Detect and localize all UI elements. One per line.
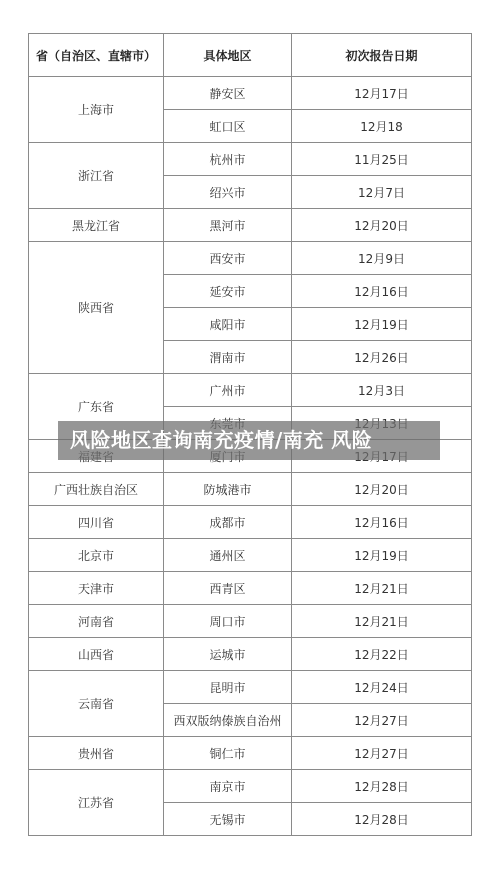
area-cell: 成都市 — [164, 506, 292, 539]
date-cell: 12月28日 — [292, 770, 472, 803]
province-cell: 浙江省 — [29, 143, 164, 209]
area-cell: 广州市 — [164, 374, 292, 407]
area-cell: 绍兴市 — [164, 176, 292, 209]
area-cell: 西安市 — [164, 242, 292, 275]
table-row: 上海市 静安区 12月17日 — [29, 77, 472, 110]
area-cell: 西双版纳傣族自治州 — [164, 704, 292, 737]
date-cell: 12月20日 — [292, 473, 472, 506]
province-cell: 贵州省 — [29, 737, 164, 770]
area-cell: 静安区 — [164, 77, 292, 110]
area-cell: 南京市 — [164, 770, 292, 803]
province-cell: 天津市 — [29, 572, 164, 605]
province-cell: 北京市 — [29, 539, 164, 572]
table-row: 北京市 通州区 12月19日 — [29, 539, 472, 572]
province-cell: 云南省 — [29, 671, 164, 737]
area-cell: 西青区 — [164, 572, 292, 605]
date-cell: 12月16日 — [292, 506, 472, 539]
province-cell: 河南省 — [29, 605, 164, 638]
date-cell: 12月22日 — [292, 638, 472, 671]
area-cell: 杭州市 — [164, 143, 292, 176]
area-cell: 通州区 — [164, 539, 292, 572]
title-overlay-banner: 风险地区查询南充疫情/南充 风险 — [58, 421, 440, 460]
area-cell: 周口市 — [164, 605, 292, 638]
province-cell: 黑龙江省 — [29, 209, 164, 242]
table-row: 云南省 昆明市 12月24日 — [29, 671, 472, 704]
table-row: 江苏省 南京市 12月28日 — [29, 770, 472, 803]
area-cell: 无锡市 — [164, 803, 292, 836]
area-cell: 昆明市 — [164, 671, 292, 704]
date-cell: 12月27日 — [292, 737, 472, 770]
date-cell: 12月9日 — [292, 242, 472, 275]
table-row: 广西壮族自治区 防城港市 12月20日 — [29, 473, 472, 506]
table-row: 贵州省 铜仁市 12月27日 — [29, 737, 472, 770]
province-cell: 陕西省 — [29, 242, 164, 374]
table-row: 四川省 成都市 12月16日 — [29, 506, 472, 539]
table-row: 浙江省 杭州市 11月25日 — [29, 143, 472, 176]
date-cell: 12月19日 — [292, 308, 472, 341]
date-cell: 12月24日 — [292, 671, 472, 704]
header-report-date: 初次报告日期 — [292, 34, 472, 77]
area-cell: 防城港市 — [164, 473, 292, 506]
date-cell: 12月21日 — [292, 605, 472, 638]
table-row: 广东省 广州市 12月3日 — [29, 374, 472, 407]
table-row: 河南省 周口市 12月21日 — [29, 605, 472, 638]
table-row: 天津市 西青区 12月21日 — [29, 572, 472, 605]
date-cell: 12月7日 — [292, 176, 472, 209]
header-area: 具体地区 — [164, 34, 292, 77]
table-row: 山西省 运城市 12月22日 — [29, 638, 472, 671]
date-cell: 12月16日 — [292, 275, 472, 308]
date-cell: 12月26日 — [292, 341, 472, 374]
date-cell: 12月17日 — [292, 77, 472, 110]
area-cell: 虹口区 — [164, 110, 292, 143]
table-row: 黑龙江省 黑河市 12月20日 — [29, 209, 472, 242]
province-cell: 上海市 — [29, 77, 164, 143]
table-header-row: 省（自治区、直辖市） 具体地区 初次报告日期 — [29, 34, 472, 77]
area-cell: 黑河市 — [164, 209, 292, 242]
date-cell: 12月20日 — [292, 209, 472, 242]
area-cell: 运城市 — [164, 638, 292, 671]
area-cell: 咸阳市 — [164, 308, 292, 341]
header-province: 省（自治区、直辖市） — [29, 34, 164, 77]
date-cell: 12月21日 — [292, 572, 472, 605]
area-cell: 渭南市 — [164, 341, 292, 374]
area-cell: 延安市 — [164, 275, 292, 308]
date-cell: 12月18 — [292, 110, 472, 143]
date-cell: 12月28日 — [292, 803, 472, 836]
date-cell: 12月27日 — [292, 704, 472, 737]
date-cell: 12月19日 — [292, 539, 472, 572]
province-cell: 山西省 — [29, 638, 164, 671]
date-cell: 12月3日 — [292, 374, 472, 407]
table-row: 陕西省 西安市 12月9日 — [29, 242, 472, 275]
date-cell: 11月25日 — [292, 143, 472, 176]
area-cell: 铜仁市 — [164, 737, 292, 770]
province-cell: 广西壮族自治区 — [29, 473, 164, 506]
province-cell: 江苏省 — [29, 770, 164, 836]
province-cell: 四川省 — [29, 506, 164, 539]
